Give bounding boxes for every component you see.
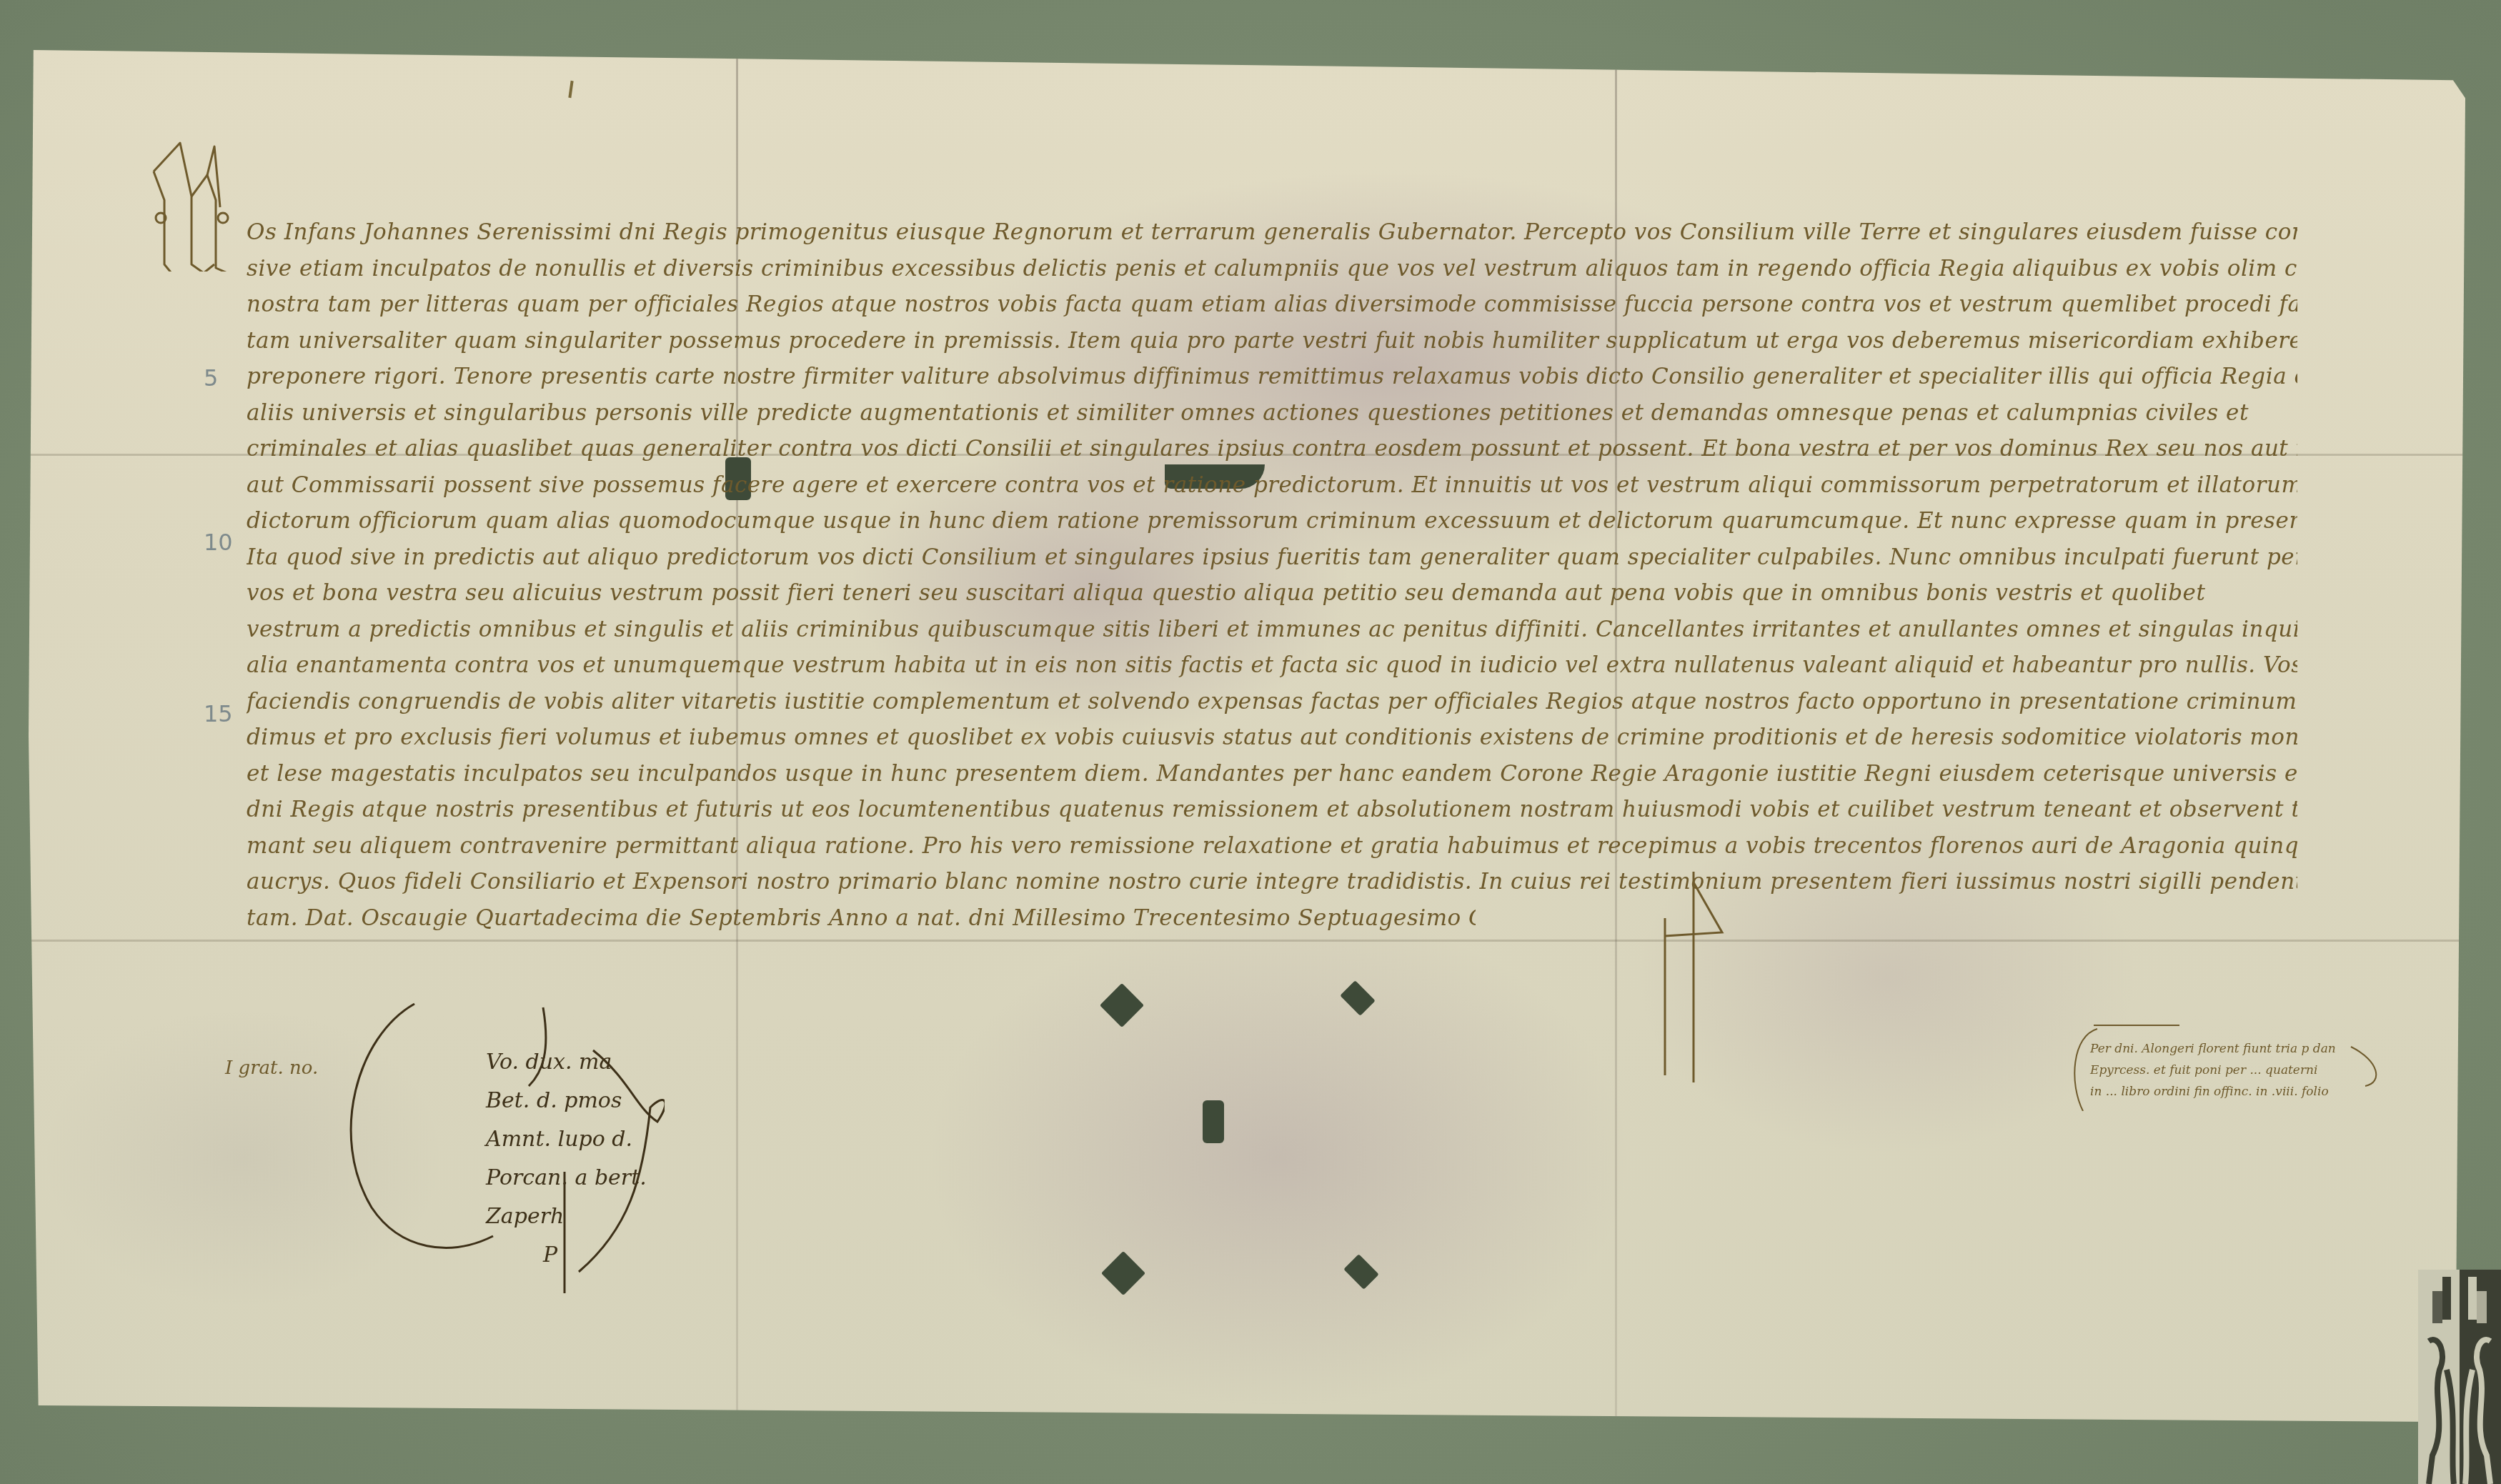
text-line: vos et bona vestra seu alicuius vestrum … <box>247 575 2297 612</box>
margin-line-number: 15 <box>204 700 233 727</box>
signature-line: Amnt. lupo d. <box>486 1120 665 1159</box>
archive-logo <box>2418 1270 2501 1484</box>
text-line: preponere rigori. Tenore presentis carte… <box>247 359 2297 395</box>
text-line: dni Regis atque nostris presentibus et f… <box>247 792 2297 828</box>
text-line: alia enantamenta contra vos et unumquemq… <box>247 647 2297 684</box>
text-line: dimus et pro exclusis fieri volumus et i… <box>247 719 2297 756</box>
text-line: aucrys. Quos fideli Consiliario et Expen… <box>247 864 2297 900</box>
parchment-hole <box>1203 1100 1224 1143</box>
text-line: aut Commissarii possent sive possemus fa… <box>247 467 2297 504</box>
signature-text: Vo. dux. ma Bet. d. pmos Amnt. lupo d. P… <box>486 1043 665 1275</box>
signature-block: Vo. dux. ma Bet. d. pmos Amnt. lupo d. P… <box>329 993 665 1293</box>
text-line: tam. Dat. Oscaugie Quartadecima die Sept… <box>247 900 1476 937</box>
signature-line: Vo. dux. ma <box>486 1043 665 1082</box>
charter-text: Os Infans Johannes Serenissimi dni Regis… <box>247 214 2297 936</box>
signature-line: Bet. d. pmos <box>486 1082 665 1120</box>
text-line: nostra tam per litteras quam per officia… <box>247 287 2297 323</box>
registration-text: Per dni. Alongeri florent fiunt tria p d… <box>2090 1038 2336 1102</box>
registration-note: Per dni. Alongeri florent fiunt tria p d… <box>2065 1018 2408 1104</box>
text-line: dictorum officiorum quam alias quomodocu… <box>247 503 2297 539</box>
text-line: et lese magestatis inculpatos seu inculp… <box>247 756 2297 792</box>
registration-line: Per dni. Alongeri florent fiunt tria p d… <box>2090 1038 2336 1060</box>
text-line: vestrum a predictis omnibus et singulis … <box>247 612 2297 648</box>
margin-note: I grat. no. <box>225 1057 318 1079</box>
registration-line: in ... libro ordini fin offinc. in .viii… <box>2090 1081 2336 1102</box>
subscription-flourish <box>1636 868 1729 1082</box>
margin-line-number: 5 <box>204 364 218 392</box>
text-line: tam universaliter quam singulariter poss… <box>247 323 2297 359</box>
text-line: mant seu aliquem contravenire permittant… <box>247 828 2297 865</box>
text-line: aliis universis et singularibus personis… <box>247 395 2297 432</box>
text-line: Ita quod sive in predictis aut aliquo pr… <box>247 539 2297 576</box>
signature-line: Porcan. a bert. Zaperh <box>486 1159 665 1236</box>
signature-paraph: P <box>486 1236 665 1275</box>
heraldic-figures-icon <box>2418 1270 2501 1484</box>
text-line: Os Infans Johannes Serenissimi dni Regis… <box>247 214 2297 251</box>
text-line: faciendis congruendis de vobis aliter vi… <box>247 684 2297 720</box>
decorated-initial-n <box>136 93 236 272</box>
margin-line-number: 10 <box>204 529 233 556</box>
text-line: criminales et alias quaslibet quas gener… <box>247 431 2297 467</box>
fold-crease <box>29 940 2465 942</box>
text-line: sive etiam inculpatos de nonullis et div… <box>247 251 2297 287</box>
registration-line: Epyrcess. et fuit poni per ... quaterni <box>2090 1060 2336 1081</box>
